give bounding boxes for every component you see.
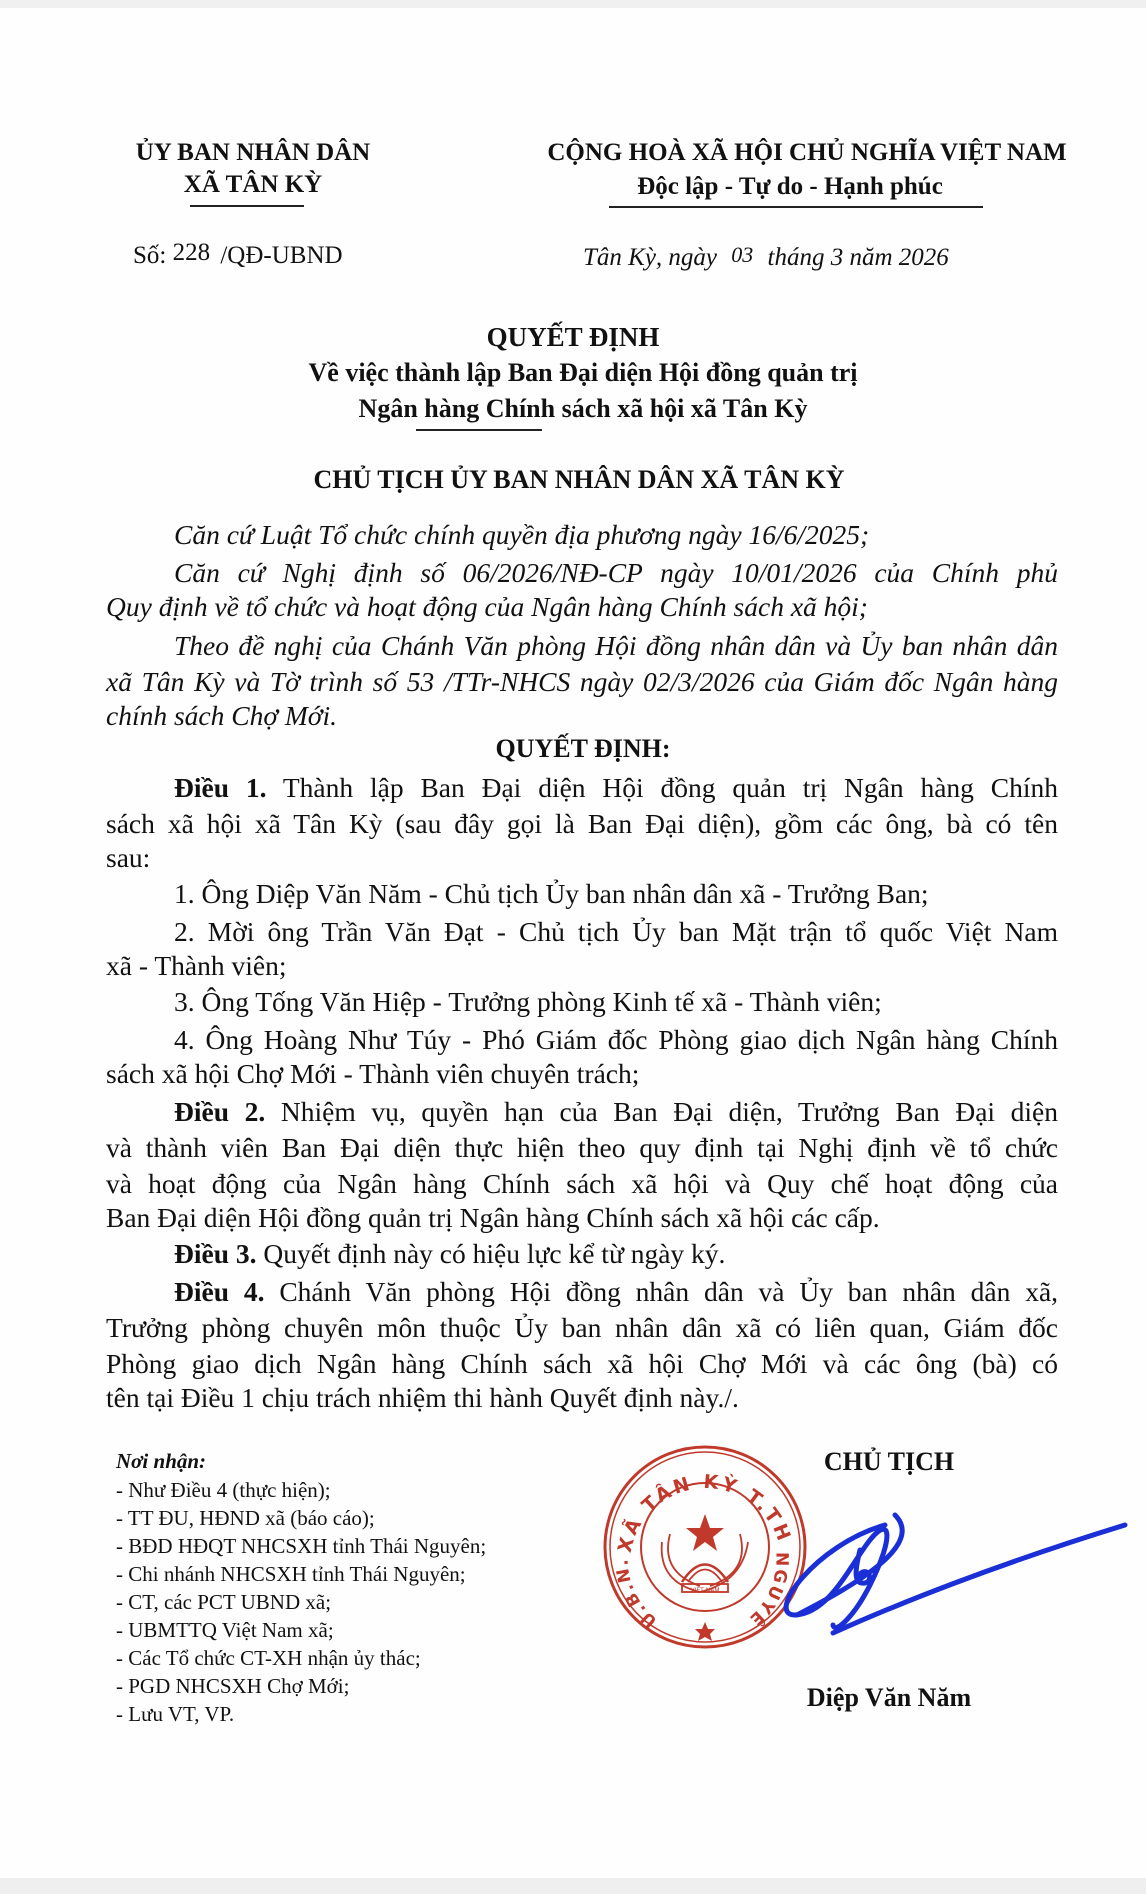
recipients-title: Nơi nhận:	[116, 1451, 206, 1472]
signer-position: CHỦ TỊCH	[824, 1449, 954, 1475]
member-1: 1. Ông Diệp Văn Năm - Chủ tịch Ủy ban nh…	[174, 880, 929, 908]
article-4-line2: Trưởng phòng chuyên môn thuộc Ủy ban nhâ…	[106, 1312, 1058, 1344]
recipient-item: - Các Tổ chức CT-XH nhận ủy thác;	[116, 1648, 421, 1669]
place-date-prefix: Tân Kỳ, ngày	[583, 244, 717, 271]
recipient-item: - UBMTTQ Việt Nam xã;	[116, 1620, 334, 1641]
article-1-line2: sách xã hội xã Tân Kỳ (sau đây gọi là Ba…	[106, 808, 1058, 840]
article-text: Nhiệm vụ, quyền hạn của Ban Đại diện, Tr…	[281, 1096, 1058, 1127]
recipient-item: - Như Điều 4 (thực hiện);	[116, 1480, 331, 1501]
member-2-line2: xã - Thành viên;	[106, 952, 286, 980]
seal-emblem-text: VIỆT NAM	[690, 1586, 719, 1594]
member-3: 3. Ông Tống Văn Hiệp - Trưởng phòng Kinh…	[174, 988, 882, 1016]
document-type: QUYẾT ĐỊNH	[487, 324, 660, 351]
article-3: Điều 3. Quyết định này có hiệu lực kể từ…	[174, 1240, 725, 1268]
place-date: Tân Kỳ, ngày 03 tháng 3 năm 2026	[583, 245, 949, 270]
preamble-line: Căn cứ Nghị định số 06/2026/NĐ-CP ngày 1…	[174, 557, 1058, 589]
article-1-line3: sau:	[106, 844, 150, 872]
article-4-line1: Điều 4. Chánh Văn phòng Hội đồng nhân dâ…	[174, 1276, 1058, 1308]
preamble-line: xã Tân Kỳ và Tờ trình số 53 /TTr-NHCS ng…	[106, 666, 1058, 698]
article-1-label: Điều 1.	[174, 772, 267, 803]
org-underline	[190, 205, 304, 207]
preamble-line: Theo đề nghị của Chánh Văn phòng Hội đồn…	[174, 630, 1058, 662]
article-2-label: Điều 2.	[174, 1096, 265, 1127]
subject-underline	[416, 429, 542, 431]
member-2-line1: 2. Mời ông Trần Văn Đạt - Chủ tịch Ủy ba…	[174, 916, 1058, 948]
number-value: 228	[173, 239, 211, 266]
member-4-line1: 4. Ông Hoàng Như Túy - Phó Giám đốc Phòn…	[174, 1024, 1058, 1056]
signer-name: Diệp Văn Năm	[807, 1685, 971, 1711]
article-4-line3: Phòng giao dịch Ngân hàng Chính sách xã …	[106, 1348, 1058, 1380]
recipient-item: - PGD NHCSXH Chợ Mới;	[116, 1676, 349, 1697]
article-4-line4: tên tại Điều 1 chịu trách nhiệm thi hành…	[106, 1384, 739, 1412]
preamble-line: chính sách Chợ Mới.	[106, 702, 337, 730]
article-2-line2: và thành viên Ban Đại diện thực hiện the…	[106, 1132, 1058, 1164]
member-4-line2: sách xã hội Chợ Mới - Thành viên chuyên …	[106, 1060, 639, 1088]
date-day: 03	[731, 242, 753, 267]
article-text: Chánh Văn phòng Hội đồng nhân dân và Ủy …	[279, 1276, 1058, 1307]
org-line2: XÃ TÂN KỲ	[184, 172, 322, 197]
nation-title: CỘNG HOÀ XÃ HỘI CHỦ NGHĨA VIỆT NAM	[547, 140, 1066, 165]
article-1-line1: Điều 1. Thành lập Ban Đại diện Hội đồng …	[174, 772, 1058, 804]
article-2-line4: Ban Đại diện Hội đồng quản trị Ngân hàng…	[106, 1204, 880, 1232]
org-line1: ỦY BAN NHÂN DÂN	[136, 140, 371, 165]
recipient-item: - Lưu VT, VP.	[116, 1704, 234, 1725]
top-edge	[0, 0, 1146, 8]
bottom-edge	[0, 1878, 1146, 1894]
subject-line1: Về việc thành lập Ban Đại diện Hội đồng …	[309, 360, 858, 386]
preamble-line: Căn cứ Luật Tổ chức chính quyền địa phươ…	[174, 521, 869, 549]
decision-heading: QUYẾT ĐỊNH:	[495, 736, 670, 762]
article-4-label: Điều 4.	[174, 1276, 264, 1307]
document-number: Số: 228 /QĐ-UBND	[133, 243, 343, 268]
recipient-item: - BĐD HĐQT NHCSXH tỉnh Thái Nguyên;	[116, 1536, 486, 1557]
number-label: Số:	[133, 242, 166, 269]
motto-underline	[609, 206, 983, 208]
subject-line2: Ngân hàng Chính sách xã hội xã Tân Kỳ	[359, 396, 808, 422]
preamble-line: Quy định về tổ chức và hoạt động của Ngâ…	[106, 593, 868, 621]
number-suffix: /QĐ-UBND	[220, 242, 342, 269]
article-2-line1: Điều 2. Nhiệm vụ, quyền hạn của Ban Đại …	[174, 1096, 1058, 1128]
recipient-item: - Chi nhánh NHCSXH tỉnh Thái Nguyên;	[116, 1564, 466, 1585]
recipient-item: - CT, các PCT UBND xã;	[116, 1592, 331, 1613]
handwritten-signature-icon	[775, 1505, 1146, 1660]
issuing-authority: CHỦ TỊCH ỦY BAN NHÂN DÂN XÃ TÂN KỲ	[313, 467, 844, 493]
national-motto: Độc lập - Tự do - Hạnh phúc	[637, 174, 943, 199]
article-text: Quyết định này có hiệu lực kể từ ngày ký…	[263, 1238, 725, 1269]
article-3-label: Điều 3.	[174, 1238, 257, 1269]
article-2-line3: và hoạt động của Ngân hàng Chính sách xã…	[106, 1168, 1058, 1200]
recipient-item: - TT ĐU, HĐND xã (báo cáo);	[116, 1508, 375, 1529]
place-date-suffix: tháng 3 năm 2026	[768, 244, 949, 271]
article-text: Thành lập Ban Đại diện Hội đồng quản trị…	[283, 772, 1058, 803]
